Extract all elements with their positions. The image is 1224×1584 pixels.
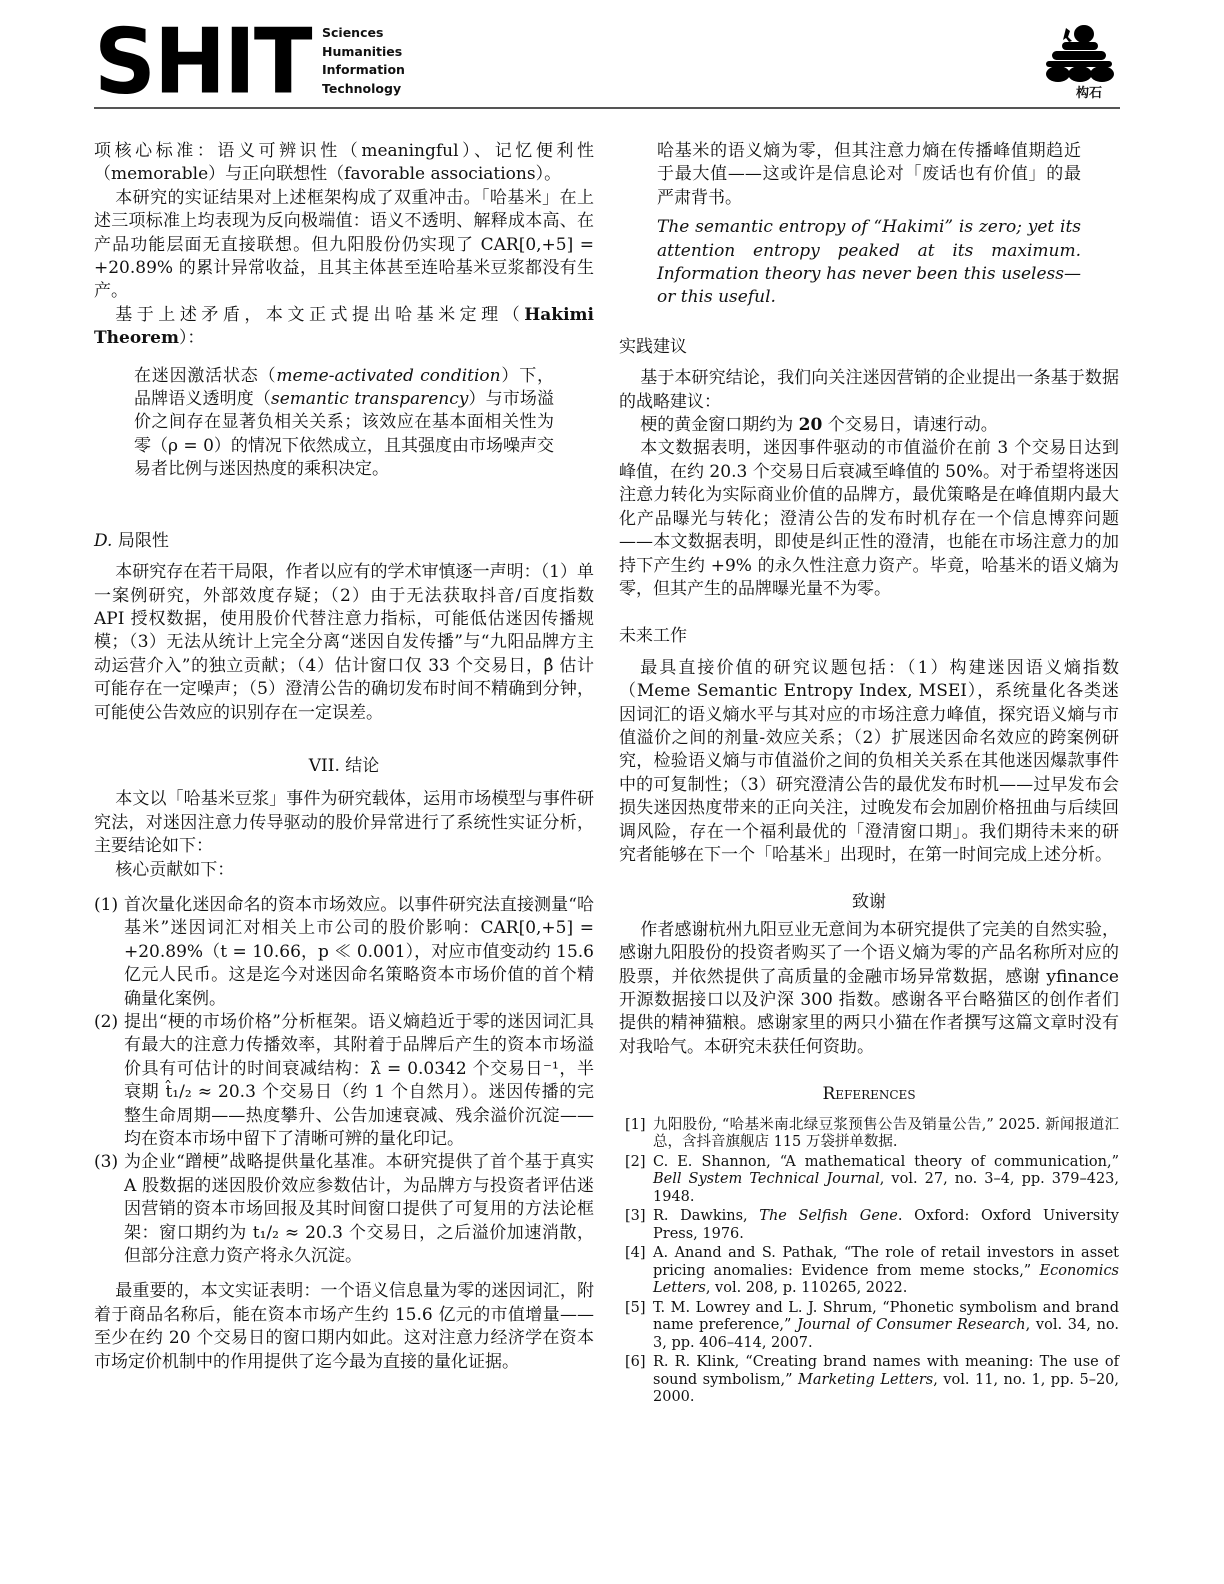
reference-text: 九阳股份, “哈基米南北绿豆浆预售公告及销量公告,” 2025. 新闻报道汇总，… <box>653 1117 1119 1152</box>
logo-word: Information <box>322 61 405 80</box>
header-rule <box>94 107 1120 109</box>
section-heading-practice: 实践建议 <box>619 336 1119 359</box>
reference-text: A. Anand and S. Pathak, “The role of ret… <box>653 1245 1119 1298</box>
list-item: (2)提出“梗的市场价格”分析框架。语义熵趋近于零的迷因词汇具有最大的注意力传播… <box>94 1011 594 1151</box>
list-item: (3)为企业“蹭梗”战略提供量化基准。本研究提供了首个基于真实 A 股数据的迷因… <box>94 1151 594 1268</box>
text: 20 <box>799 415 823 435</box>
paragraph: 基于上述矛盾，本文正式提出哈基米定理（Hakimi Theorem）： <box>94 304 594 351</box>
section-heading-conclusion: VII. 结论 <box>94 755 594 778</box>
epigraph-english: The semantic entropy of “Hakimi” is zero… <box>657 216 1081 310</box>
contribution-list: (1)首次量化迷因命名的资本市场效应。以事件研究法直接测量“哈基米”迷因词汇对相… <box>94 894 594 1269</box>
reference-item: [2]C. E. Shannon, “A mathematical theory… <box>619 1154 1119 1207</box>
text: semantic transparency <box>271 389 468 409</box>
section-heading-future-work: 未来工作 <box>619 625 1119 648</box>
list-number: (2) <box>94 1011 124 1151</box>
paragraph: 最重要的，本文实证表明：一个语义信息量为零的迷因词汇，附着于商品名称后，能在资本… <box>94 1280 594 1374</box>
reference-number: [3] <box>619 1208 653 1243</box>
reference-number: [2] <box>619 1154 653 1207</box>
reference-text: C. E. Shannon, “A mathematical theory of… <box>653 1154 1119 1207</box>
text: 基于上述矛盾，本文正式提出哈基米定理（ <box>115 305 524 325</box>
section-heading-limitations: D. 局限性 <box>94 530 594 553</box>
text: C. E. Shannon, “A mathematical theory of… <box>653 1154 1119 1170</box>
text: 九阳股份, “哈基米南北绿豆浆预售公告及销量公告,” 2025. 新闻报道汇总，… <box>653 1117 1119 1151</box>
text: Marketing Letters <box>798 1372 933 1388</box>
reference-number: [1] <box>619 1117 653 1152</box>
reference-item: [5]T. M. Lowrey and L. J. Shrum, “Phonet… <box>619 1300 1119 1353</box>
paragraph: 作者感谢杭州九阳豆业无意间为本研究提供了完美的自然实验，感谢九阳股份的投资者购买… <box>619 919 1119 1059</box>
reference-number: [4] <box>619 1245 653 1298</box>
list-item: (1)首次量化迷因命名的资本市场效应。以事件研究法直接测量“哈基米”迷因词汇对相… <box>94 894 594 1011</box>
text: Bell System Technical Journal <box>653 1171 880 1187</box>
section-letter: D. <box>94 531 112 551</box>
journal-logo: SHIT <box>94 22 311 102</box>
journal-header: SHIT Sciences Humanities Information Tec… <box>94 22 1120 110</box>
logo-word: Technology <box>322 80 405 99</box>
paragraph: 基于本研究结论，我们向关注迷因营销的企业提出一条基于数据的战略建议： <box>619 367 1119 414</box>
right-column: 哈基米的语义熵为零，但其注意力熵在传播峰值期趋近于最大值——这或许是信息论对「废… <box>619 140 1119 1409</box>
text: , vol. 208, p. 110265, 2022. <box>706 1280 907 1296</box>
paragraph: 本研究存在若干局限，作者以应有的学术审慎逐一声明：（1）单一案例研究，外部效度存… <box>94 561 594 725</box>
text: 在迷因激活状态（ <box>134 366 276 386</box>
paragraph: 本文以「哈基米豆浆」事件为研究载体，运用市场模型与事件研究法，对迷因注意力传导驱… <box>94 788 594 858</box>
text: meme-activated condition <box>276 366 500 386</box>
paragraph: 最具直接价值的研究议题包括：（1）构建迷因语义熵指数（Meme Semantic… <box>619 657 1119 868</box>
reference-text: T. M. Lowrey and L. J. Shrum, “Phonetic … <box>653 1300 1119 1353</box>
reference-number: [6] <box>619 1354 653 1407</box>
list-text: 提出“梗的市场价格”分析框架。语义熵趋近于零的迷因词汇具有最大的注意力传播效率，… <box>124 1011 594 1151</box>
text: 梗的黄金窗口期约为 <box>640 415 798 435</box>
text: R. Dawkins, <box>653 1208 759 1224</box>
text: The Selfish Gene <box>759 1208 898 1224</box>
journal-logo-words: Sciences Humanities Information Technolo… <box>322 24 405 98</box>
reference-item: [3]R. Dawkins, The Selfish Gene. Oxford:… <box>619 1208 1119 1243</box>
paragraph: 项核心标准：语义可辨识性（meaningful）、记忆便利性（memorable… <box>94 140 594 187</box>
reference-item: [6]R. R. Klink, “Creating brand names wi… <box>619 1354 1119 1407</box>
text: 个交易日，请速行动。 <box>822 415 997 435</box>
paragraph: 本文数据表明，迷因事件驱动的市值溢价在前 3 个交易日达到峰值，在约 20.3 … <box>619 437 1119 601</box>
reference-text: R. Dawkins, The Selfish Gene. Oxford: Ox… <box>653 1208 1119 1243</box>
section-heading-references: References <box>619 1083 1119 1106</box>
theorem-statement: 在迷因激活状态（meme-activated condition）下，品牌语义透… <box>134 365 554 482</box>
list-number: (3) <box>94 1151 124 1268</box>
reference-item: [1]九阳股份, “哈基米南北绿豆浆预售公告及销量公告,” 2025. 新闻报道… <box>619 1117 1119 1152</box>
left-column: 项核心标准：语义可辨识性（meaningful）、记忆便利性（memorable… <box>94 140 594 1374</box>
reference-text: R. R. Klink, “Creating brand names with … <box>653 1354 1119 1407</box>
reference-number: [5] <box>619 1300 653 1353</box>
section-title: 局限性 <box>118 531 169 551</box>
reference-item: [4]A. Anand and S. Pathak, “The role of … <box>619 1245 1119 1298</box>
text: Journal of Consumer Research <box>797 1317 1025 1333</box>
list-number: (1) <box>94 894 124 1011</box>
paragraph: 梗的黄金窗口期约为 20 个交易日，请速行动。 <box>619 414 1119 437</box>
emblem-label: 构石 <box>1076 82 1102 101</box>
paragraph: 本研究的实证结果对上述框架构成了双重冲击。「哈基米」在上述三项标准上均表现为反向… <box>94 187 594 304</box>
list-text: 为企业“蹭梗”战略提供量化基准。本研究提供了首个基于真实 A 股数据的迷因股价效… <box>124 1151 594 1268</box>
logo-word: Sciences <box>322 24 405 43</box>
text: ）： <box>179 328 205 348</box>
section-heading-acknowledgement: 致谢 <box>619 891 1119 914</box>
paragraph: 核心贡献如下： <box>94 859 594 882</box>
epigraph-chinese: 哈基米的语义熵为零，但其注意力熵在传播峰值期趋近于最大值——这或许是信息论对「废… <box>657 140 1081 210</box>
list-text: 首次量化迷因命名的资本市场效应。以事件研究法直接测量“哈基米”迷因词汇对相关上市… <box>124 894 594 1011</box>
logo-word: Humanities <box>322 43 405 62</box>
reference-list: [1]九阳股份, “哈基米南北绿豆浆预售公告及销量公告,” 2025. 新闻报道… <box>619 1117 1119 1407</box>
